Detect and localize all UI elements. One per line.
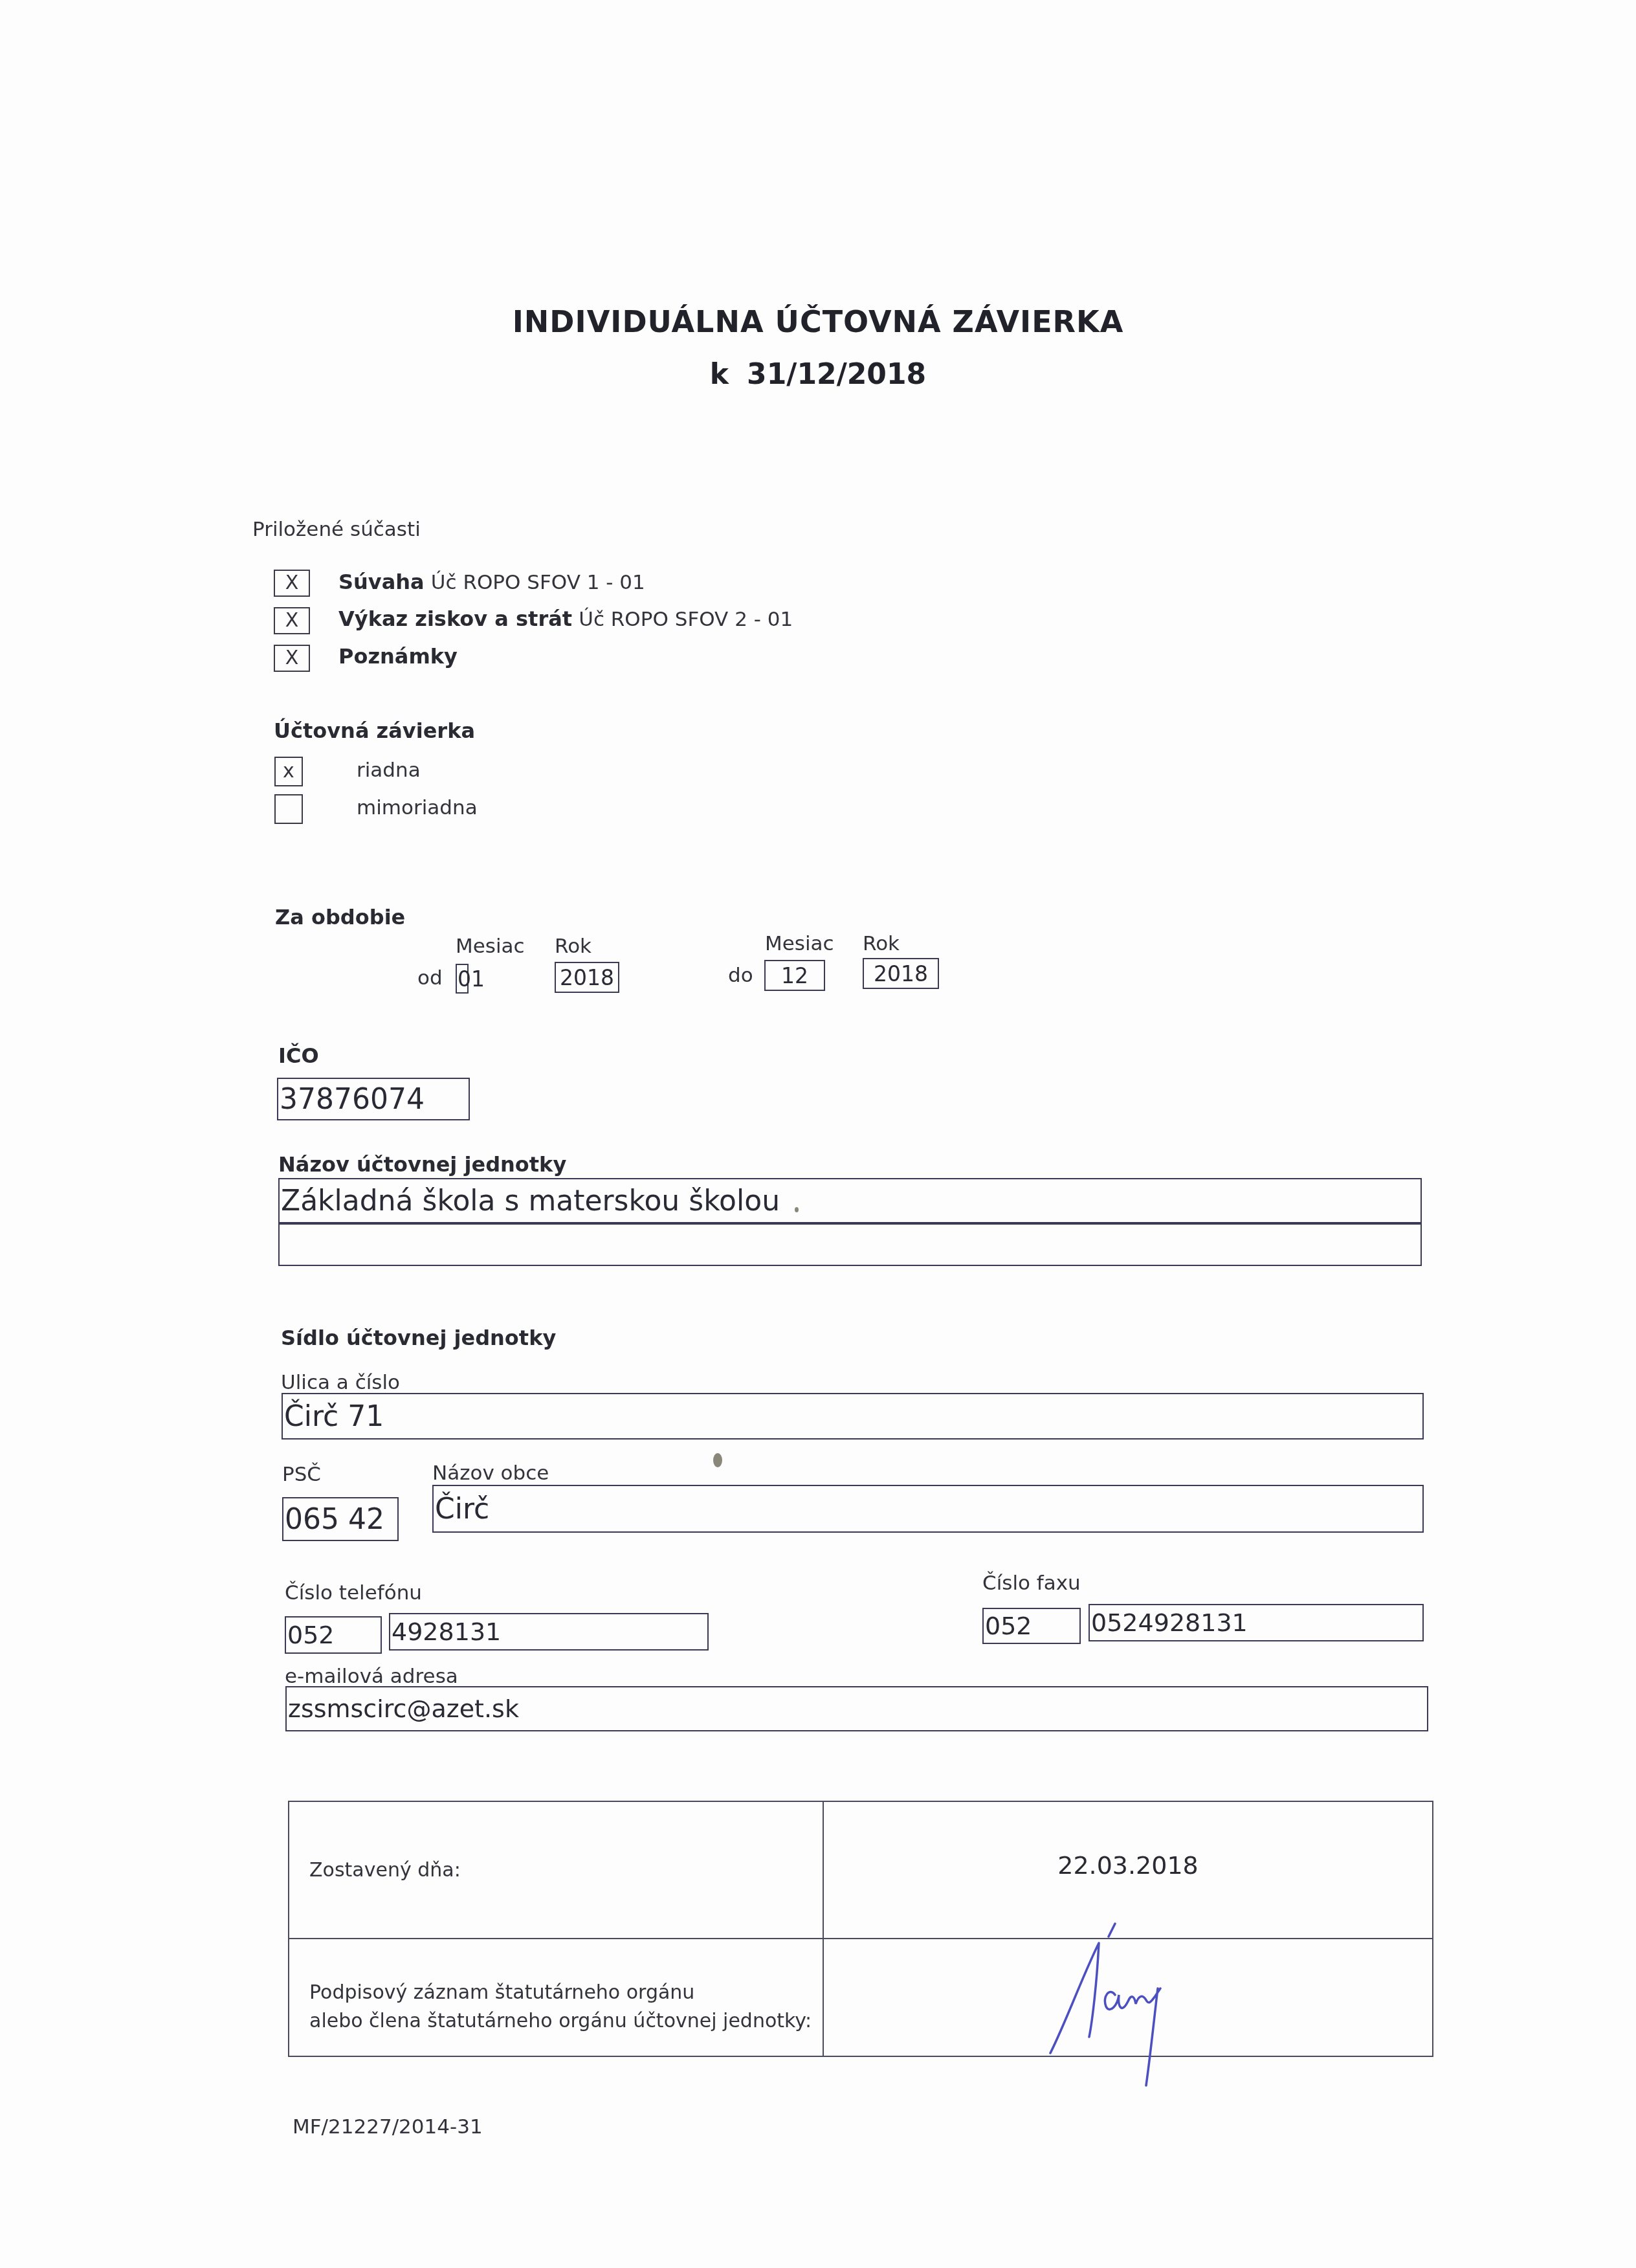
closing-type-heading: Účtovná závierka xyxy=(274,718,475,743)
compiled-label: Zostavený dňa: xyxy=(290,1859,461,1882)
checkbox-vykaz[interactable]: X xyxy=(274,607,310,634)
from-month-field[interactable]: 01 xyxy=(456,964,469,994)
signature-cell[interactable] xyxy=(823,1939,1433,2056)
scan-stain xyxy=(713,1453,722,1467)
date-prefix: k xyxy=(710,358,729,391)
to-month-label: Mesiac xyxy=(765,932,834,955)
checkbox-suvaha[interactable]: X xyxy=(274,570,310,597)
checkbox-poznamky[interactable]: X xyxy=(274,645,310,672)
to-label: do xyxy=(728,964,753,987)
attachments-heading: Priložené súčasti xyxy=(252,518,421,541)
street-field[interactable]: Čirč 71 xyxy=(282,1393,1424,1440)
from-year-label: Rok xyxy=(555,935,591,958)
to-year-label: Rok xyxy=(863,932,900,955)
phone-number-field[interactable]: 4928131 xyxy=(389,1613,709,1651)
attachment-name: Výkaz ziskov a strát xyxy=(338,606,572,631)
scan-speck xyxy=(795,1207,799,1212)
compiled-date: 22.03.2018 xyxy=(1057,1851,1199,1880)
entity-name-line1-field[interactable]: Základná škola s materskou školou xyxy=(278,1178,1422,1223)
ico-field[interactable]: 37876074 xyxy=(277,1078,470,1120)
checkbox-riadna[interactable]: x xyxy=(274,757,303,786)
to-month-field[interactable]: 12 xyxy=(764,960,825,991)
attachment-name: Súvaha xyxy=(338,570,425,594)
signature-table: Zostavený dňa: 22.03.2018 Podpisový zázn… xyxy=(288,1801,1433,2057)
email-field[interactable]: zssmscirc@azet.sk xyxy=(285,1686,1428,1731)
fax-number-field[interactable]: 0524928131 xyxy=(1089,1604,1424,1641)
entity-name-label: Názov účtovnej jednotky xyxy=(278,1152,566,1177)
checkbox-mimoriadna[interactable] xyxy=(274,794,303,824)
attachment-code: Úč ROPO SFOV 2 - 01 xyxy=(579,608,793,631)
entity-name-line2-field[interactable] xyxy=(278,1223,1422,1266)
signature-label-line1: Podpisový záznam štatutárneho orgánu xyxy=(309,1979,822,2007)
phone-prefix-field[interactable]: 052 xyxy=(285,1616,382,1654)
compiled-label-cell: Zostavený dňa: xyxy=(289,1801,823,1939)
psc-label: PSČ xyxy=(282,1463,321,1486)
document-date: k31/12/2018 xyxy=(0,358,1636,391)
handwritten-signature xyxy=(1037,1924,1232,2073)
attachment-code: Úč ROPO SFOV 1 - 01 xyxy=(431,571,645,594)
ico-label: IČO xyxy=(278,1043,319,1068)
city-field[interactable]: Čirč xyxy=(432,1485,1424,1533)
to-year-field[interactable]: 2018 xyxy=(863,958,939,989)
address-heading: Sídlo účtovnej jednotky xyxy=(281,1326,556,1350)
phone-label: Číslo telefónu xyxy=(285,1581,422,1605)
compiled-date-cell: 22.03.2018 xyxy=(823,1801,1433,1939)
email-label: e-mailová adresa xyxy=(285,1665,458,1688)
psc-field[interactable]: 065 42 xyxy=(282,1497,399,1541)
city-label: Názov obce xyxy=(432,1462,549,1485)
date-value: 31/12/2018 xyxy=(747,358,926,391)
street-label: Ulica a číslo xyxy=(281,1371,400,1394)
from-month-label: Mesiac xyxy=(456,935,525,958)
document-title: INDIVIDUÁLNA ÚČTOVNÁ ZÁVIERKA xyxy=(0,304,1636,339)
signature-label-cell: Podpisový záznam štatutárneho orgánu ale… xyxy=(289,1939,823,2056)
attachment-name: Poznámky xyxy=(338,644,458,669)
period-heading: Za obdobie xyxy=(275,905,405,929)
signature-label-line2: alebo člena štatutárneho orgánu účtovnej… xyxy=(309,2007,822,2036)
fax-prefix-field[interactable]: 052 xyxy=(982,1608,1081,1644)
from-label: od xyxy=(417,966,443,990)
option-mimoriadna-label: mimoriadna xyxy=(357,796,478,819)
from-year-field[interactable]: 2018 xyxy=(555,962,619,993)
option-riadna-label: riadna xyxy=(357,759,421,782)
fax-label: Číslo faxu xyxy=(982,1572,1081,1595)
form-code: MF/21227/2014-31 xyxy=(293,2115,483,2139)
